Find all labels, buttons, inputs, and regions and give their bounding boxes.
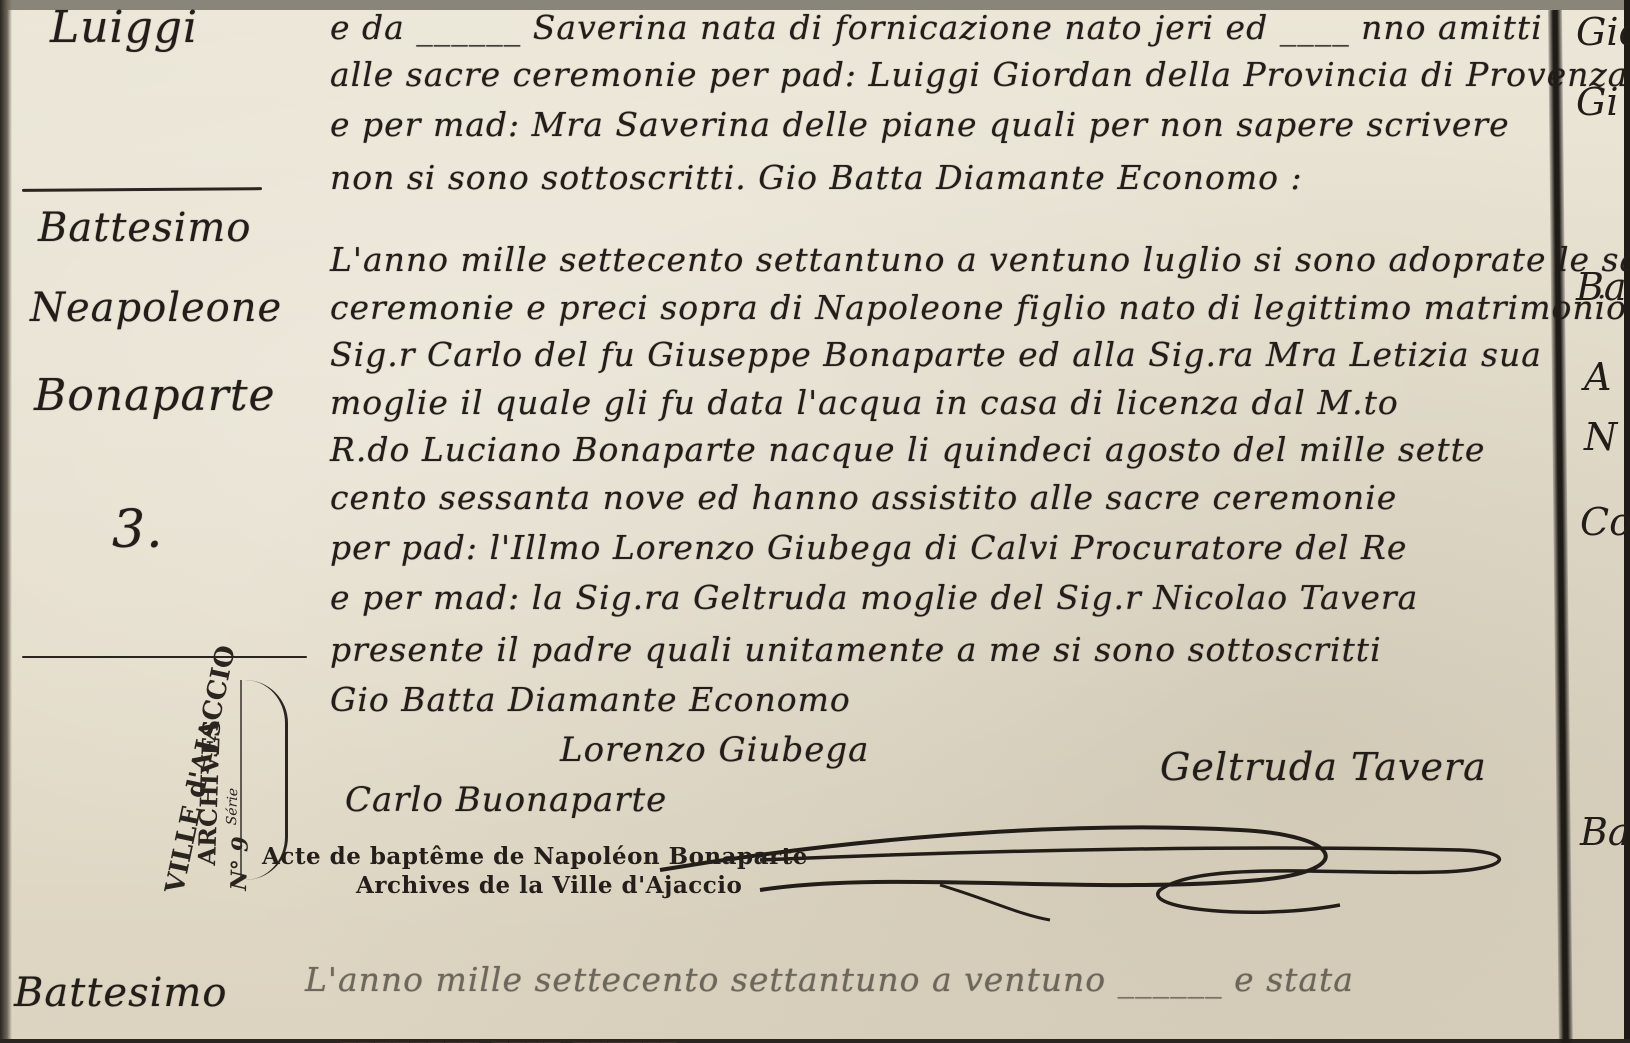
margin-top-note: Luiggi	[50, 2, 198, 53]
stamp-inner-line	[240, 680, 242, 880]
caption-title: Acte de baptême de Napoléon Bonaparte	[262, 843, 808, 870]
caption-subtitle: Archives de la Ville d'Ajaccio	[356, 872, 742, 899]
main-entry-line-5: R.do Luciano Bonaparte nacque li quindec…	[330, 430, 1485, 469]
signature-carlo-buonaparte: Carlo Buonaparte	[345, 780, 667, 820]
right-page-fragment-3: Ba	[1576, 265, 1627, 309]
margin-entry-title-line1: Battesimo	[38, 205, 251, 251]
main-entry-line-10: Gio Batta Diamante Economo	[330, 680, 851, 719]
right-page-fragment-2: Gi	[1576, 80, 1619, 124]
right-page-fragment-1: Gio	[1576, 10, 1630, 54]
previous-entry-line-1: e da ______ Saverina nata di fornicazion…	[330, 8, 1543, 47]
previous-entry-line-4: non si sono sottoscritti. Gio Batta Diam…	[330, 158, 1303, 197]
next-entry-line-1: L'anno mille settecento settantuno a ven…	[305, 960, 1354, 999]
signature-lorenzo-giubega: Lorenzo Giubega	[560, 730, 869, 770]
right-page-fragment-6: Co	[1580, 500, 1630, 544]
right-page-fragment-4: A	[1584, 355, 1611, 399]
stamp-series-label: Série	[224, 788, 241, 826]
main-entry-line-8: e per mad: la Sig.ra Geltruda moglie del…	[330, 578, 1418, 617]
page-binding-gutter	[1548, 10, 1573, 1043]
previous-entry-line-2: alle sacre ceremonie per pad: Luiggi Gio…	[330, 55, 1628, 94]
signature-geltruda-tavera: Geltruda Tavera	[1160, 745, 1487, 789]
margin-divider-rule	[22, 187, 262, 192]
main-entry-line-2: ceremonie e preci sopra di Napoleone fig…	[330, 288, 1630, 327]
scan-bottom-edge	[0, 1039, 1630, 1043]
margin-bottom-note: Battesimo	[14, 970, 227, 1016]
scan-left-edge	[0, 0, 12, 1043]
margin-entry-number: 3.	[112, 500, 164, 560]
margin-entry-title-line3: Bonaparte	[34, 370, 276, 421]
archives-stamp: VILLE d'AJACCIO ARCHIVES Série N° 9	[140, 620, 270, 910]
next-entry-line-2: ________ ____ ______	[340, 1005, 678, 1043]
stamp-archives-text: ARCHIVES	[192, 719, 226, 866]
main-entry-line-9: presente il padre quali unitamente a me …	[330, 630, 1382, 669]
right-page-fragment-7: Ba	[1580, 810, 1630, 854]
main-entry-line-6: cento sessanta nove ed hanno assistito a…	[330, 478, 1397, 517]
main-entry-line-3: Sig.r Carlo del fu Giuseppe Bonaparte ed…	[330, 335, 1542, 374]
main-entry-line-4: moglie il quale gli fu data l'acqua in c…	[330, 383, 1399, 422]
signature-flourish-icon	[640, 800, 1540, 940]
main-entry-line-1: L'anno mille settecento settantuno a ven…	[330, 240, 1630, 279]
right-page-fragment-5: N	[1584, 415, 1617, 459]
previous-entry-line-3: e per mad: Mra Saverina delle piane qual…	[330, 105, 1510, 144]
archival-document-scan: Luiggi Battesimo Neapoleone Bonaparte 3.…	[0, 0, 1630, 1043]
margin-entry-title-line2: Neapoleone	[30, 285, 282, 331]
main-entry-line-7: per pad: l'Illmo Lorenzo Giubega di Calv…	[330, 528, 1407, 567]
